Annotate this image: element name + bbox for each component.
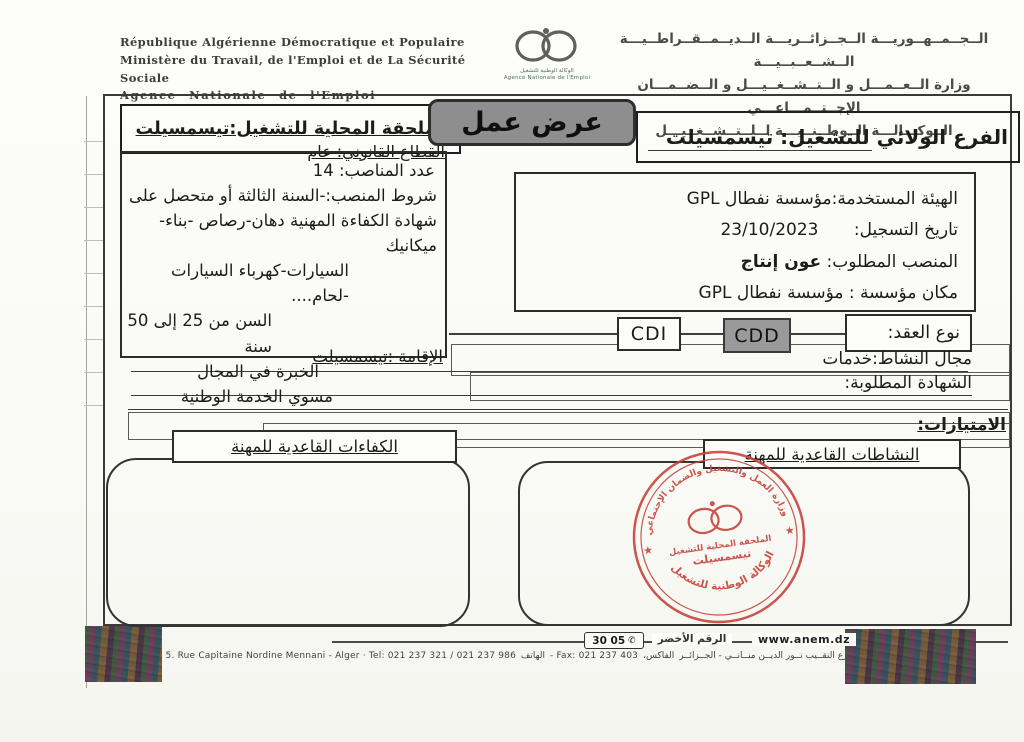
scan-artifact-line xyxy=(84,339,105,340)
base-competencies-header-box: الكفاءات القاعدية للمهنة xyxy=(172,430,457,463)
registration-label: تاريخ التسجيل: xyxy=(854,220,958,240)
cdd-option-box-selected: CDD xyxy=(723,318,791,353)
benefits-label: الامتيازات: xyxy=(876,415,1006,435)
condition-line: شروط المنصب:-السنة الثالثة أو متحصل على xyxy=(126,183,437,208)
registration-date: 23/10/2023 xyxy=(720,220,818,240)
scan-artifact-line xyxy=(84,240,105,241)
national-service-line: مسوي الخدمة الوطنية xyxy=(126,384,437,409)
green-number-badge: 30 05 ✆ xyxy=(584,632,644,649)
footer-address-line: 5. Rue Capitaine Nordine Mennani - Alger… xyxy=(150,651,890,661)
scan-artifact-line xyxy=(84,306,105,307)
connector-line xyxy=(791,333,845,335)
stamp-star-left-icon: ★ xyxy=(642,543,654,557)
scan-artifact-line xyxy=(84,207,105,208)
positions-count: عدد المناصب: 14 xyxy=(126,158,437,183)
job-offer-banner: عرض عمل xyxy=(428,99,636,146)
logo-caption-fr: Agence Nationale de l'Emploi xyxy=(482,75,612,82)
anem-rings-icon xyxy=(495,24,599,64)
connector-line xyxy=(449,333,617,335)
anem-logo: الوكالة الوطنية للتشغيل Agence Nationale… xyxy=(482,24,612,83)
condition-line: شهادة الكفاءة المهنية دهان-رصاص -بناء-مي… xyxy=(126,208,437,258)
wilaya-branch-box: الفرع الولائي للتشغيل: تيسمسيلت xyxy=(636,111,1020,163)
phone-icon: ✆ xyxy=(628,636,636,646)
stamp-star-right-icon: ★ xyxy=(784,523,796,537)
position-line: المنصب المطلوب: عون إنتاج xyxy=(526,247,958,278)
page-edge-line xyxy=(86,96,87,688)
scan-artifact-line xyxy=(84,141,105,142)
ministry-line-fr: Ministère du Travail, de l'Emploi et de … xyxy=(120,52,500,88)
section-separator-line xyxy=(128,409,1008,410)
scanned-job-offer-document: République Algérienne Démocratique et Po… xyxy=(0,0,1024,742)
scan-artifact-line xyxy=(84,405,105,406)
fax-french: - Fax: 021 237 403 xyxy=(550,651,638,661)
residence-line: الإقامة :تيسمسيلت xyxy=(238,347,443,366)
address-french: 5. Rue Capitaine Nordine Mennani - Alger… xyxy=(166,651,517,661)
logo-caption-ar: الوكالة الوطنية للتشغيل xyxy=(482,68,612,75)
republic-line-ar: الــجــمــهــوريـــة الــجــزائــريـــة … xyxy=(598,28,1010,74)
employer-line: الهيئة المستخدمة:مؤسسة نفطال GPL xyxy=(526,184,958,215)
required-certificate-line: الشهادة المطلوبة: xyxy=(788,373,972,393)
scan-artifact-line xyxy=(84,273,105,274)
registration-line: تاريخ التسجيل: 23/10/2023 xyxy=(526,215,958,246)
fax-label-arabic: الفاكس، xyxy=(643,651,674,661)
activity-field-line: مجال النشاط:خدمات xyxy=(700,349,972,369)
scan-redaction-block-left xyxy=(85,626,162,682)
stamp-logo-dot xyxy=(709,501,715,507)
contract-type-label-box: نوع العقد: xyxy=(845,314,972,352)
website-url: www.anem.dz xyxy=(752,633,856,646)
scan-artifact-line xyxy=(84,174,105,175)
competencies-empty-area xyxy=(106,458,470,627)
company-place-line: مكان مؤسسة : مؤسسة نفطال GPL xyxy=(526,278,958,309)
republic-line-fr: République Algérienne Démocratique et Po… xyxy=(120,34,500,52)
phone-label-arabic: الهاتف xyxy=(521,651,545,661)
scan-artifact-line xyxy=(84,372,105,373)
red-official-stamp: وزارة العمل والتشغيل والضمان الإجتماعي ا… xyxy=(616,435,821,639)
position-value: عون إنتاج xyxy=(741,252,821,272)
scan-redaction-block-right xyxy=(845,629,976,684)
employer-details-box: الهيئة المستخدمة:مؤسسة نفطال GPL تاريخ ا… xyxy=(514,172,976,312)
position-label: المنصب المطلوب: xyxy=(826,252,958,272)
wilaya-underline xyxy=(648,150,872,151)
connector-line xyxy=(681,333,723,335)
green-number-value: 30 05 xyxy=(592,635,625,647)
condition-line: السيارات-كهرباء السيارات -لحام.... xyxy=(126,258,437,308)
position-conditions-box: عدد المناصب: 14 شروط المنصب:-السنة الثال… xyxy=(120,151,447,358)
cdi-option-box: CDI xyxy=(617,317,681,351)
